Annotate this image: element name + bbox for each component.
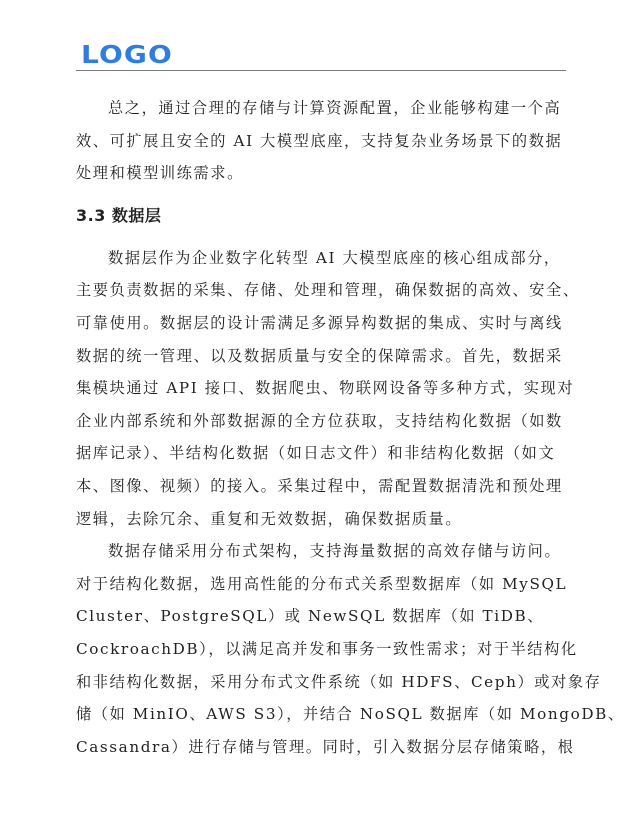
text-line: 总之，通过合理的存储与计算资源配置，企业能够构建一个高 [76,92,576,125]
text-line: 逻辑，去除冗余、重复和无效数据，确保数据质量。 [76,503,576,536]
text-line: Cassandra）进行存储与管理。同时，引入数据分层存储策略，根 [76,731,576,764]
text-line: 集模块通过 API 接口、数据爬虫、物联网设备等多种方式，实现对 [76,372,576,405]
text-line: 对于结构化数据，选用高性能的分布式关系型数据库（如 MySQL [76,568,576,601]
text-line: 处理和模型训练需求。 [76,157,576,190]
text-line: Cluster、PostgreSQL）或 NewSQL 数据库（如 TiDB、 [76,600,576,633]
text-line: 效、可扩展且安全的 AI 大模型底座，支持复杂业务场景下的数据 [76,125,576,158]
summary-paragraph: 总之，通过合理的存储与计算资源配置，企业能够构建一个高 效、可扩展且安全的 AI… [76,92,576,190]
data-layer-paragraph: 数据层作为企业数字化转型 AI 大模型底座的核心组成部分， 主要负责数据的采集、… [76,242,576,535]
text-line: 数据的统一管理、以及数据质量与安全的保障需求。首先，数据采 [76,340,576,373]
page-header: LOGO [76,40,566,71]
section-heading: 3.3 数据层 [76,206,161,226]
text-line: 和非结构化数据，采用分布式文件系统（如 HDFS、Ceph）或对象存 [76,666,576,699]
text-line: 主要负责数据的采集、存储、处理和管理，确保数据的高效、安全、 [76,274,576,307]
text-line: 据库记录）、半结构化数据（如日志文件）和非结构化数据（如文 [76,437,576,470]
text-line: 数据层作为企业数字化转型 AI 大模型底座的核心组成部分， [76,242,576,275]
storage-paragraph: 数据存储采用分布式架构，支持海量数据的高效存储与访问。 对于结构化数据，选用高性… [76,535,576,763]
text-line: 可靠使用。数据层的设计需满足多源异构数据的集成、实时与离线 [76,307,576,340]
document-body: 总之，通过合理的存储与计算资源配置，企业能够构建一个高 效、可扩展且安全的 AI… [76,92,576,763]
text-line: 储（如 MinIO、AWS S3），并结合 NoSQL 数据库（如 MongoD… [76,698,576,731]
text-line: CockroachDB），以满足高并发和事务一致性需求；对于半结构化 [76,633,576,666]
text-line: 数据存储采用分布式架构，支持海量数据的高效存储与访问。 [76,535,576,568]
text-line: 本、图像、视频）的接入。采集过程中，需配置数据清洗和预处理 [76,470,576,503]
text-line: 企业内部系统和外部数据源的全方位获取，支持结构化数据（如数 [76,405,576,438]
logo: LOGO [81,42,173,68]
